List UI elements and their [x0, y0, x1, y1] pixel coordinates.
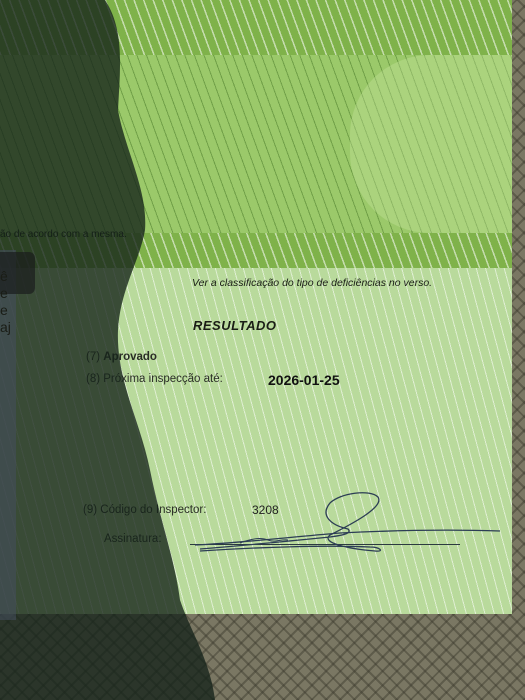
letter: e: [0, 285, 14, 302]
handwritten-signature: [180, 485, 510, 565]
field-number: (8): [86, 373, 100, 385]
section-title-resultado: RESULTADO: [193, 318, 276, 333]
next-inspection-date: 2026-01-25: [268, 372, 340, 388]
letter: e: [0, 302, 14, 319]
letter: ê: [0, 268, 14, 285]
signature-label: Assinatura:: [104, 533, 162, 545]
field-next-inspection: (8) Próxima inspecção até:: [86, 373, 223, 385]
letter: aj: [0, 319, 14, 336]
approved-label: Aprovado: [103, 351, 157, 363]
field-approved: (7) Aprovado: [86, 351, 157, 363]
decorative-band-top: [0, 0, 512, 55]
decorative-band-highlight: [350, 55, 512, 233]
field-number: (7): [86, 351, 100, 363]
classification-note: Ver a classificação do tipo de deficiênc…: [192, 277, 432, 289]
field-number: (9): [83, 504, 97, 516]
top-sentence: ão de acordo com a mesma.: [0, 229, 127, 240]
card-edge-letters: ê e e aj: [0, 268, 14, 336]
next-inspection-label: Próxima inspecção até:: [103, 373, 223, 385]
